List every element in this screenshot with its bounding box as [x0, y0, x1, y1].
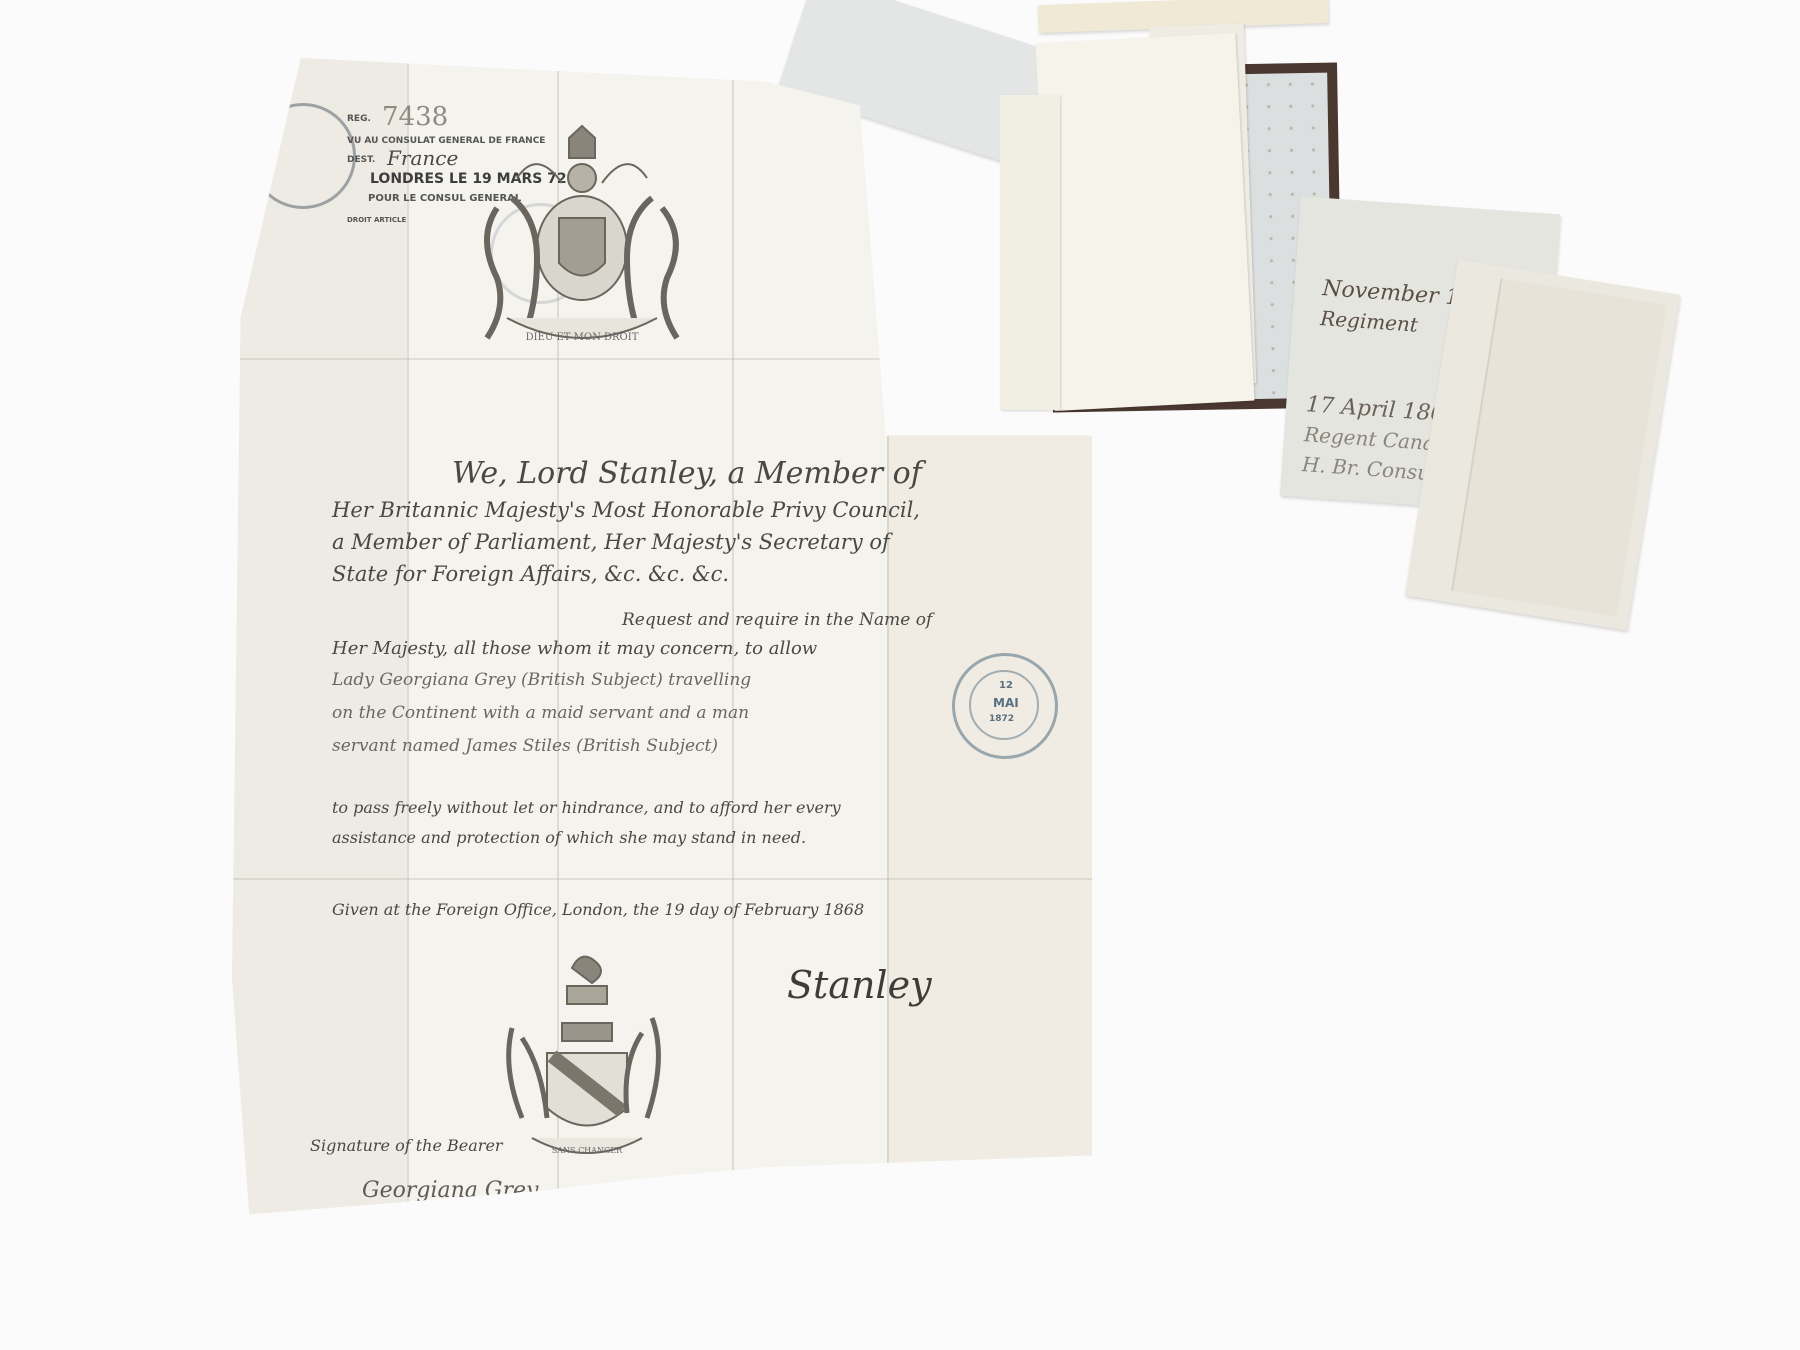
stamp-reg-number: 7438 [382, 102, 448, 132]
passport-issue-line: Given at the Foreign Office, London, the… [332, 900, 864, 919]
stamp-dest-value: France [387, 146, 458, 170]
passport-body-line-9: servant named James Stiles (British Subj… [332, 736, 718, 756]
passport-body-line-7: Lady Georgiana Grey (British Subject) tr… [332, 670, 751, 690]
consulate-round-stamp [250, 103, 356, 209]
passport-body-line-3: a Member of Parliament, Her Majesty's Se… [332, 530, 890, 554]
horizontal-fold-2 [232, 878, 1092, 880]
issuer-signature: Stanley [787, 963, 932, 1007]
bearer-signature-label: Signature of the Bearer [310, 1136, 503, 1155]
booklet-left-flap [1000, 95, 1060, 410]
passport-sheet: REG. 7438 VU AU CONSULAT GENERAL DE FRAN… [232, 58, 1092, 1238]
stamp-reg-label: REG. [347, 114, 371, 124]
folded-document-2-line-2: Regent Canal [1303, 422, 1442, 456]
serial-number: 10234 [904, 218, 955, 238]
passport-body-line-8: on the Continent with a maid servant and… [332, 703, 749, 723]
folded-document-2-line-3: H. Br. Consul [1301, 452, 1437, 485]
family-motto: SANS CHANGER [552, 1146, 623, 1155]
modane-stamp-day: 12 [999, 680, 1013, 691]
stamp-dest-label: DEST. [347, 155, 375, 165]
bearer-signature: Georgiana Grey [362, 1178, 538, 1203]
vertical-fold-4 [887, 58, 889, 1238]
passport-body-line-2: Her Britannic Majesty's Most Honorable P… [332, 498, 920, 522]
modane-stamp-year: 1872 [989, 714, 1014, 724]
stanley-family-crest: SANS CHANGER [492, 948, 682, 1173]
passport-body-line-6: Her Majesty, all those whom it may conce… [332, 638, 817, 659]
passport-body-line-1: We, Lord Stanley, a Member of [452, 456, 922, 491]
passport-body-line-4: State for Foreign Affairs, &c. &c. &c. [332, 562, 729, 586]
stamp-droit-line: DROIT ARTICLE [347, 216, 406, 224]
passport-body-line-11: assistance and protection of which she m… [332, 828, 806, 847]
modane-stamp: 12 MAI 1872 [952, 653, 1058, 759]
royal-motto: DIEU ET MON DROIT [526, 332, 639, 343]
passport-body-line-10: to pass freely without let or hindrance,… [332, 798, 841, 817]
horizontal-fold-1 [232, 358, 1092, 360]
royal-coat-of-arms: DIEU ET MON DROIT [457, 118, 707, 358]
booklet-open-page [1036, 33, 1255, 411]
passport-body-line-5: Request and require in the Name of [622, 610, 932, 630]
folded-document-2-flap [1451, 278, 1666, 616]
folded-document-1-line-2: Regiment [1320, 306, 1419, 337]
modane-stamp-month: MAI [993, 696, 1019, 710]
